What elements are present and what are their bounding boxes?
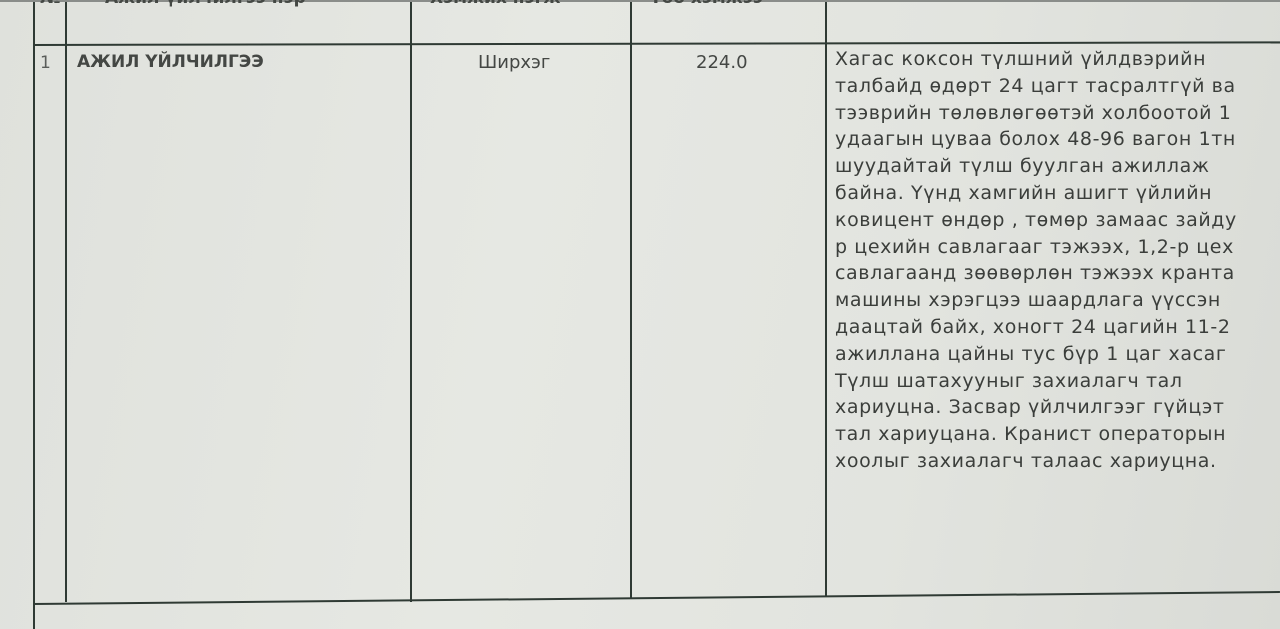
description-line: р цехийн савлагааг тэжээх, 1,2-р цех bbox=[835, 234, 1280, 261]
description-line: хариуцна. Засвар үйлчилгээг гүйцэт bbox=[835, 394, 1280, 421]
row-quantity: 224.0 bbox=[696, 52, 748, 73]
description-line: савлагаанд зөөвөрлөн тэжээх кранта bbox=[835, 260, 1280, 287]
description-line: машины хэрэгцээ шаардлага үүссэн bbox=[835, 287, 1280, 314]
column-divider-unit bbox=[630, 0, 632, 598]
header-number: № bbox=[40, 0, 64, 8]
row-unit: Ширхэг bbox=[478, 52, 550, 73]
description-line: ажиллана цайны тус бүр 1 цаг хасаг bbox=[835, 341, 1280, 368]
description-line: талбайд өдөрт 24 цагт тасралтгүй ва bbox=[835, 73, 1280, 100]
row-name: АЖИЛ ҮЙЛЧИЛГЭЭ bbox=[77, 52, 264, 72]
row-bottom-border bbox=[33, 591, 1280, 605]
row-number: 1 bbox=[40, 53, 51, 73]
description-line: удаагын цуваа болох 48-96 вагон 1тн bbox=[835, 126, 1280, 153]
description-line: тал хариуцана. Кранист операторын bbox=[835, 421, 1280, 448]
column-divider-quantity bbox=[825, 0, 827, 596]
description-line: хоолыг захиалагч талаас хариуцна. bbox=[835, 448, 1280, 475]
header-name: Ажил үйлчилгээ нэр bbox=[105, 0, 395, 8]
row-description: Хагас коксон түлшний үйлдвэрийн талбайд … bbox=[835, 46, 1280, 475]
header-unit: Хэмжих нэгж bbox=[430, 0, 620, 8]
description-line: байна. Үүнд хамгийн ашигт үйлийн bbox=[835, 180, 1280, 207]
description-line: Хагас коксон түлшний үйлдвэрийн bbox=[835, 46, 1280, 73]
column-divider-name bbox=[410, 0, 412, 602]
document-photo: № Ажил үйлчилгээ нэр Хэмжих нэгж Тоо хэм… bbox=[0, 0, 1280, 629]
description-line: Түлш шатахууныг захиалагч тал bbox=[835, 368, 1280, 395]
description-line: ковицент өндөр , төмөр замаас зайду bbox=[835, 207, 1280, 234]
table-border-left bbox=[33, 0, 35, 629]
description-line: тээврийн төлөвлөгөөтэй холбоотой 1 bbox=[835, 100, 1280, 127]
header-quantity: Тоо хэмжээ bbox=[650, 0, 820, 8]
description-line: шуудайтай түлш буулган ажиллаж bbox=[835, 153, 1280, 180]
description-line: даацтай байх, хоногт 24 цагийн 11-2 bbox=[835, 314, 1280, 341]
column-divider-number bbox=[65, 0, 67, 602]
